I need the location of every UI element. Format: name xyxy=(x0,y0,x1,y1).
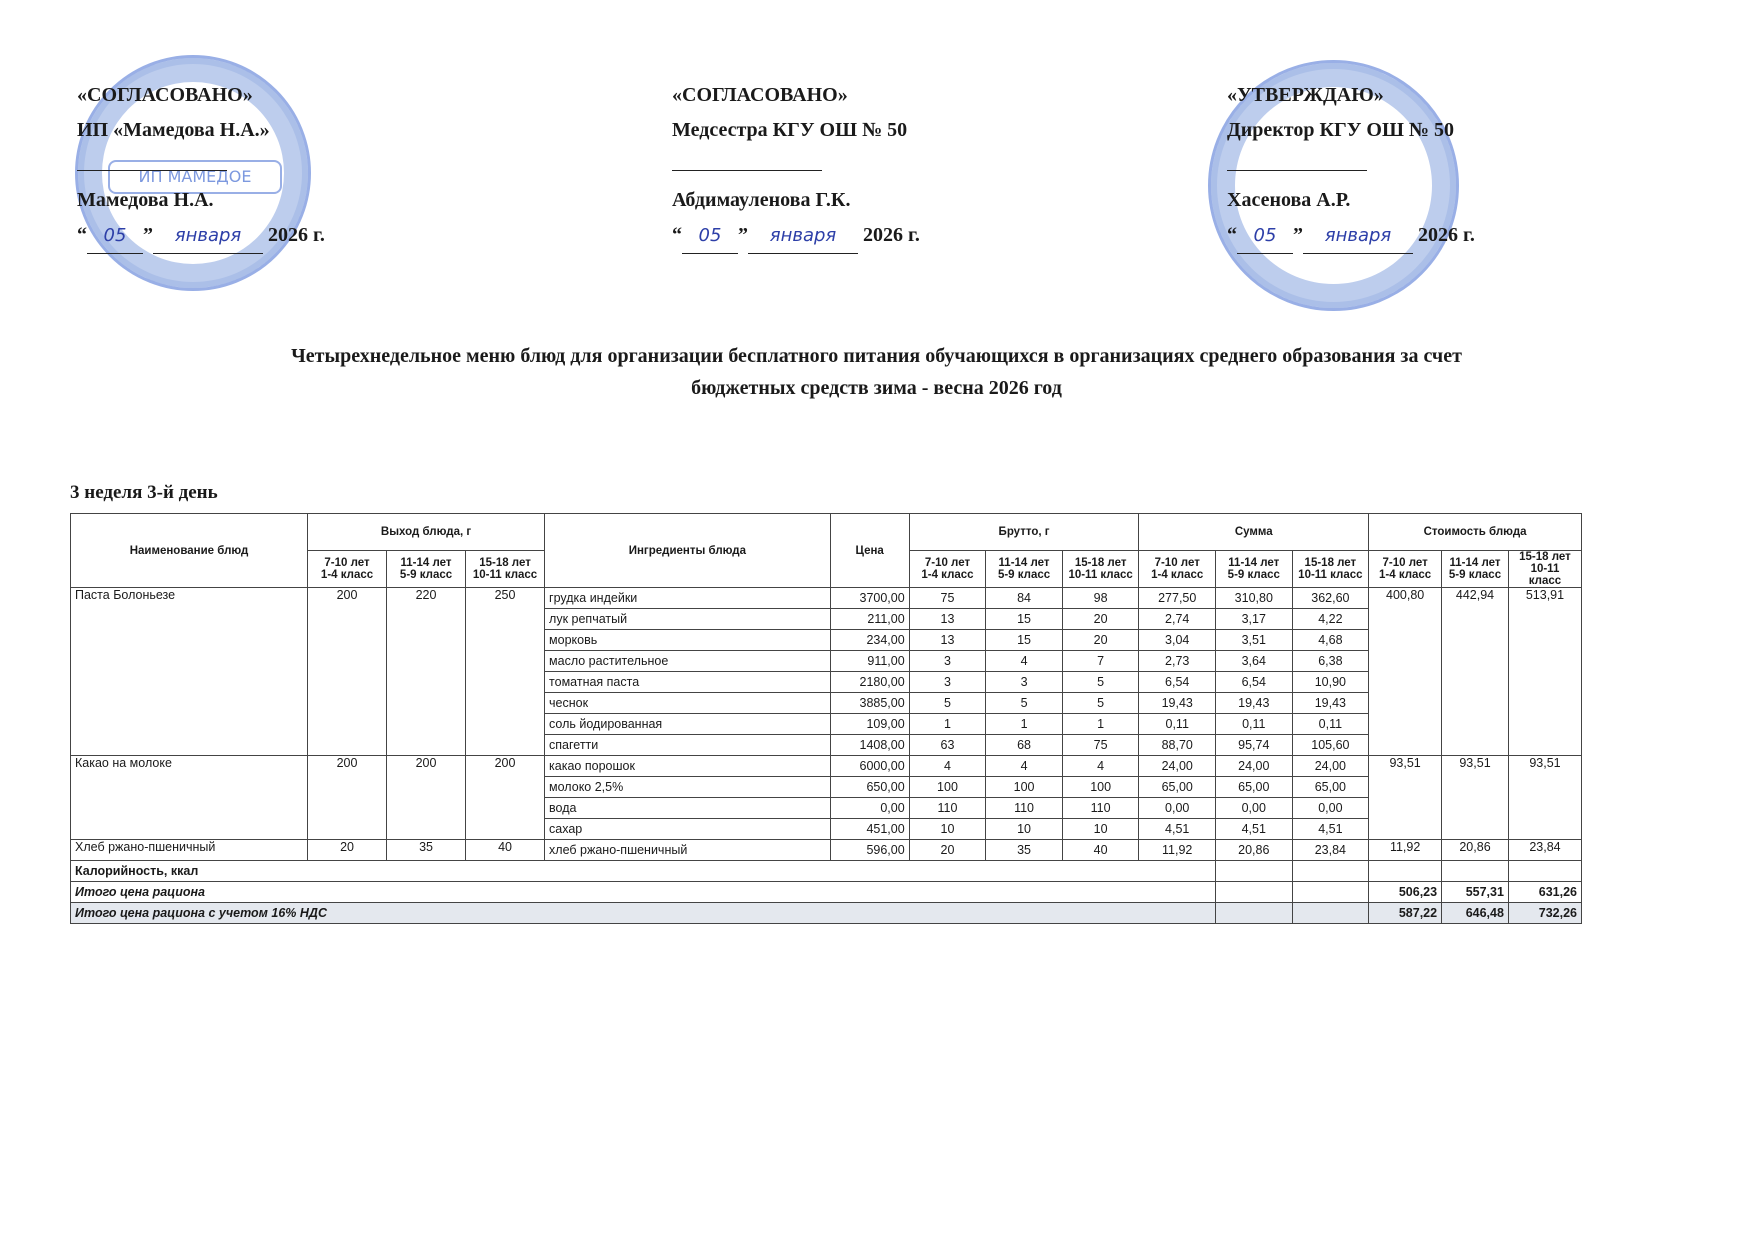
ingredient-sum: 3,17 xyxy=(1216,609,1293,630)
ingredient-gross: 13 xyxy=(909,630,986,651)
totals-label: Итого цена рациона с учетом 16% НДС xyxy=(71,903,1216,924)
ingredient-gross: 10 xyxy=(986,819,1063,840)
ingredient-name: хлеб ржано-пшеничный xyxy=(545,840,831,861)
ingredient-name: томатная паста xyxy=(545,672,831,693)
ingredient-gross: 4 xyxy=(1062,756,1139,777)
title-line-2: бюджетных средств зима - весна 2026 год xyxy=(100,372,1653,404)
title-line-1: Четырехнедельное меню блюд для организац… xyxy=(100,340,1653,372)
approval-block-nurse: «СОГЛАСОВАНО» Медсестра КГУ ОШ № 50 Абди… xyxy=(672,78,920,254)
ingredient-gross: 98 xyxy=(1062,588,1139,609)
ingredient-name: масло растительное xyxy=(545,651,831,672)
header-age-group: 11-14 лет5-9 класс xyxy=(1442,551,1509,588)
totals-value xyxy=(1369,861,1442,882)
ingredient-sum: 95,74 xyxy=(1216,735,1293,756)
dish-name: Какао на молоке xyxy=(71,756,308,840)
dish-yield: 20 xyxy=(308,840,387,861)
totals-row: Итого цена рациона с учетом 16% НДС587,2… xyxy=(71,903,1582,924)
totals-value: 631,26 xyxy=(1508,882,1581,903)
approval-name: Абдимауленова Г.К. xyxy=(672,183,920,218)
header-age-group: 7-10 лет1-4 класс xyxy=(308,551,387,588)
week-day-label: 3 неделя 3-й день xyxy=(70,482,218,504)
totals-value: 587,22 xyxy=(1369,903,1442,924)
dish-yield: 40 xyxy=(466,840,545,861)
table-cell xyxy=(1292,882,1369,903)
table-cell xyxy=(1216,861,1293,882)
ingredient-sum: 65,00 xyxy=(1139,777,1216,798)
approval-block-director: «УТВЕРЖДАЮ» Директор КГУ ОШ № 50 Хасенов… xyxy=(1227,78,1475,254)
ingredient-gross: 5 xyxy=(909,693,986,714)
ingredient-gross: 63 xyxy=(909,735,986,756)
header-price: Цена xyxy=(830,514,909,588)
header-dish-name: Наименование блюд xyxy=(71,514,308,588)
header-age-group: 7-10 лет1-4 класс xyxy=(1139,551,1216,588)
ingredient-sum: 19,43 xyxy=(1139,693,1216,714)
ingredient-name: молоко 2,5% xyxy=(545,777,831,798)
ingredient-name: спагетти xyxy=(545,735,831,756)
ingredient-gross: 110 xyxy=(1062,798,1139,819)
ingredient-gross: 1 xyxy=(986,714,1063,735)
approval-role: Медсестра КГУ ОШ № 50 xyxy=(672,113,920,148)
approval-date: “05”января 2026 г. xyxy=(77,218,325,254)
date-day: 05 xyxy=(87,218,143,254)
ingredient-sum: 0,00 xyxy=(1139,798,1216,819)
ingredient-price: 911,00 xyxy=(830,651,909,672)
approval-heading: «СОГЛАСОВАНО» xyxy=(77,78,325,113)
date-month: января xyxy=(153,218,263,254)
dish-cost: 93,51 xyxy=(1508,756,1581,840)
ingredient-sum: 20,86 xyxy=(1216,840,1293,861)
ingredient-gross: 100 xyxy=(986,777,1063,798)
dish-yield: 200 xyxy=(387,756,466,840)
ingredient-name: чеснок xyxy=(545,693,831,714)
ingredient-sum: 277,50 xyxy=(1139,588,1216,609)
signature-line xyxy=(1227,148,1367,171)
ingredient-sum: 19,43 xyxy=(1292,693,1369,714)
ingredient-gross: 4 xyxy=(986,651,1063,672)
ingredient-gross: 5 xyxy=(1062,693,1139,714)
approval-role: Директор КГУ ОШ № 50 xyxy=(1227,113,1475,148)
ingredient-sum: 2,73 xyxy=(1139,651,1216,672)
dish-yield: 200 xyxy=(308,756,387,840)
ingredient-name: вода xyxy=(545,798,831,819)
dish-cost: 442,94 xyxy=(1442,588,1509,756)
totals-row: Калорийность, ккал xyxy=(71,861,1582,882)
approval-date: “05”января 2026 г. xyxy=(672,218,920,254)
ingredient-price: 1408,00 xyxy=(830,735,909,756)
approval-name: Мамедова Н.А. xyxy=(77,183,325,218)
ingredient-gross: 110 xyxy=(909,798,986,819)
ingredient-sum: 6,38 xyxy=(1292,651,1369,672)
ingredient-sum: 11,92 xyxy=(1139,840,1216,861)
ingredient-name: морковь xyxy=(545,630,831,651)
ingredient-sum: 0,00 xyxy=(1292,798,1369,819)
ingredient-sum: 362,60 xyxy=(1292,588,1369,609)
dish-name: Хлеб ржано-пшеничный xyxy=(71,840,308,861)
ingredient-gross: 15 xyxy=(986,609,1063,630)
dish-name: Паста Болоньезе xyxy=(71,588,308,756)
ingredient-gross: 7 xyxy=(1062,651,1139,672)
dish-yield: 200 xyxy=(308,588,387,756)
ingredient-price: 3885,00 xyxy=(830,693,909,714)
dish-yield: 35 xyxy=(387,840,466,861)
totals-label: Калорийность, ккал xyxy=(71,861,1216,882)
ingredient-price: 6000,00 xyxy=(830,756,909,777)
header-sum: Сумма xyxy=(1139,514,1369,551)
ingredient-sum: 0,11 xyxy=(1216,714,1293,735)
table-row: Паста Болоньезе200220250грудка индейки37… xyxy=(71,588,1582,609)
dish-cost: 11,92 xyxy=(1369,840,1442,861)
ingredient-sum: 3,64 xyxy=(1216,651,1293,672)
dish-cost: 400,80 xyxy=(1369,588,1442,756)
ingredient-gross: 40 xyxy=(1062,840,1139,861)
ingredient-gross: 5 xyxy=(1062,672,1139,693)
ingredient-sum: 4,51 xyxy=(1216,819,1293,840)
header-age-group: 7-10 лет1-4 класс xyxy=(909,551,986,588)
ingredient-price: 451,00 xyxy=(830,819,909,840)
table-cell xyxy=(1292,861,1369,882)
ingredient-gross: 1 xyxy=(909,714,986,735)
approval-heading: «СОГЛАСОВАНО» xyxy=(672,78,920,113)
approval-role: ИП «Мамедова Н.А.» xyxy=(77,113,325,148)
totals-value: 732,26 xyxy=(1508,903,1581,924)
dish-cost: 513,91 xyxy=(1508,588,1581,756)
totals-value: 557,31 xyxy=(1442,882,1509,903)
menu-table: Наименование блюдВыход блюда, гИнгредиен… xyxy=(70,513,1582,924)
totals-row: Итого цена рациона506,23557,31631,26 xyxy=(71,882,1582,903)
table-cell xyxy=(1216,903,1293,924)
date-year: 2026 г. xyxy=(863,224,920,246)
date-year: 2026 г. xyxy=(268,224,325,246)
ingredient-gross: 10 xyxy=(1062,819,1139,840)
ingredient-gross: 4 xyxy=(909,756,986,777)
ingredient-gross: 3 xyxy=(909,672,986,693)
header-age-group: 15-18 лет10-11 класс xyxy=(1292,551,1369,588)
ingredient-sum: 4,51 xyxy=(1139,819,1216,840)
dish-yield: 200 xyxy=(466,756,545,840)
ingredient-gross: 1 xyxy=(1062,714,1139,735)
ingredient-gross: 15 xyxy=(986,630,1063,651)
dish-cost: 23,84 xyxy=(1508,840,1581,861)
table-cell xyxy=(1292,903,1369,924)
ingredient-gross: 84 xyxy=(986,588,1063,609)
ingredient-gross: 75 xyxy=(909,588,986,609)
approval-block-ip: «СОГЛАСОВАНО» ИП «Мамедова Н.А.» Мамедов… xyxy=(77,78,325,254)
ingredient-gross: 100 xyxy=(1062,777,1139,798)
ingredient-sum: 3,04 xyxy=(1139,630,1216,651)
date-day: 05 xyxy=(682,218,738,254)
totals-value: 506,23 xyxy=(1369,882,1442,903)
dish-yield: 250 xyxy=(466,588,545,756)
header-gross: Брутто, г xyxy=(909,514,1139,551)
table-cell xyxy=(1216,882,1293,903)
ingredient-price: 596,00 xyxy=(830,840,909,861)
header-age-group: 15-18 лет10-11 класс xyxy=(1508,551,1581,588)
ingredient-sum: 65,00 xyxy=(1292,777,1369,798)
ingredient-gross: 20 xyxy=(1062,609,1139,630)
table-row: Какао на молоке200200200какао порошок600… xyxy=(71,756,1582,777)
ingredient-gross: 10 xyxy=(909,819,986,840)
ingredient-sum: 2,74 xyxy=(1139,609,1216,630)
header-row: Наименование блюдВыход блюда, гИнгредиен… xyxy=(71,514,1582,551)
ingredient-gross: 20 xyxy=(909,840,986,861)
totals-value xyxy=(1508,861,1581,882)
ingredient-gross: 68 xyxy=(986,735,1063,756)
header-yield: Выход блюда, г xyxy=(308,514,545,551)
ingredient-price: 0,00 xyxy=(830,798,909,819)
dish-cost: 93,51 xyxy=(1369,756,1442,840)
ingredient-sum: 3,51 xyxy=(1216,630,1293,651)
ingredient-gross: 5 xyxy=(986,693,1063,714)
ingredient-sum: 0,11 xyxy=(1139,714,1216,735)
dish-yield: 220 xyxy=(387,588,466,756)
totals-value: 646,48 xyxy=(1442,903,1509,924)
ingredient-sum: 88,70 xyxy=(1139,735,1216,756)
ingredient-sum: 310,80 xyxy=(1216,588,1293,609)
ingredient-name: лук репчатый xyxy=(545,609,831,630)
signature-line xyxy=(77,148,227,171)
header-ingredients: Ингредиенты блюда xyxy=(545,514,831,588)
ingredient-name: соль йодированная xyxy=(545,714,831,735)
ingredient-name: сахар xyxy=(545,819,831,840)
ingredient-sum: 19,43 xyxy=(1216,693,1293,714)
ingredient-sum: 24,00 xyxy=(1292,756,1369,777)
date-month: января xyxy=(748,218,858,254)
dish-cost: 20,86 xyxy=(1442,840,1509,861)
document-title: Четырехнедельное меню блюд для организац… xyxy=(100,340,1653,404)
ingredient-sum: 4,68 xyxy=(1292,630,1369,651)
date-month: января xyxy=(1303,218,1413,254)
ingredient-gross: 100 xyxy=(909,777,986,798)
date-year: 2026 г. xyxy=(1418,224,1475,246)
ingredient-gross: 3 xyxy=(909,651,986,672)
ingredient-sum: 24,00 xyxy=(1139,756,1216,777)
ingredient-price: 2180,00 xyxy=(830,672,909,693)
header-age-group: 15-18 лет10-11 класс xyxy=(1062,551,1139,588)
approval-date: “05”января 2026 г. xyxy=(1227,218,1475,254)
header-age-group: 7-10 лет1-4 класс xyxy=(1369,551,1442,588)
ingredient-gross: 3 xyxy=(986,672,1063,693)
header-age-group: 11-14 лет5-9 класс xyxy=(1216,551,1293,588)
ingredient-price: 3700,00 xyxy=(830,588,909,609)
ingredient-price: 211,00 xyxy=(830,609,909,630)
signature-line xyxy=(672,148,822,171)
ingredient-sum: 4,51 xyxy=(1292,819,1369,840)
ingredient-name: грудка индейки xyxy=(545,588,831,609)
ingredient-sum: 65,00 xyxy=(1216,777,1293,798)
ingredient-name: какао порошок xyxy=(545,756,831,777)
ingredient-sum: 4,22 xyxy=(1292,609,1369,630)
approval-name: Хасенова А.Р. xyxy=(1227,183,1475,218)
ingredient-price: 650,00 xyxy=(830,777,909,798)
ingredient-gross: 75 xyxy=(1062,735,1139,756)
ingredient-price: 109,00 xyxy=(830,714,909,735)
table-row: Хлеб ржано-пшеничный203540хлеб ржано-пше… xyxy=(71,840,1582,861)
totals-value xyxy=(1442,861,1509,882)
ingredient-sum: 6,54 xyxy=(1216,672,1293,693)
header-cost: Стоимость блюда xyxy=(1369,514,1582,551)
ingredient-sum: 6,54 xyxy=(1139,672,1216,693)
totals-label: Итого цена рациона xyxy=(71,882,1216,903)
header-age-group: 15-18 лет10-11 класс xyxy=(466,551,545,588)
ingredient-sum: 105,60 xyxy=(1292,735,1369,756)
ingredient-gross: 4 xyxy=(986,756,1063,777)
header-age-group: 11-14 лет5-9 класс xyxy=(986,551,1063,588)
ingredient-sum: 0,00 xyxy=(1216,798,1293,819)
ingredient-sum: 10,90 xyxy=(1292,672,1369,693)
ingredient-sum: 0,11 xyxy=(1292,714,1369,735)
ingredient-gross: 110 xyxy=(986,798,1063,819)
dish-cost: 93,51 xyxy=(1442,756,1509,840)
ingredient-gross: 35 xyxy=(986,840,1063,861)
ingredient-gross: 13 xyxy=(909,609,986,630)
approval-heading: «УТВЕРЖДАЮ» xyxy=(1227,78,1475,113)
ingredient-sum: 24,00 xyxy=(1216,756,1293,777)
date-day: 05 xyxy=(1237,218,1293,254)
header-age-group: 11-14 лет5-9 класс xyxy=(387,551,466,588)
ingredient-gross: 20 xyxy=(1062,630,1139,651)
ingredient-sum: 23,84 xyxy=(1292,840,1369,861)
ingredient-price: 234,00 xyxy=(830,630,909,651)
